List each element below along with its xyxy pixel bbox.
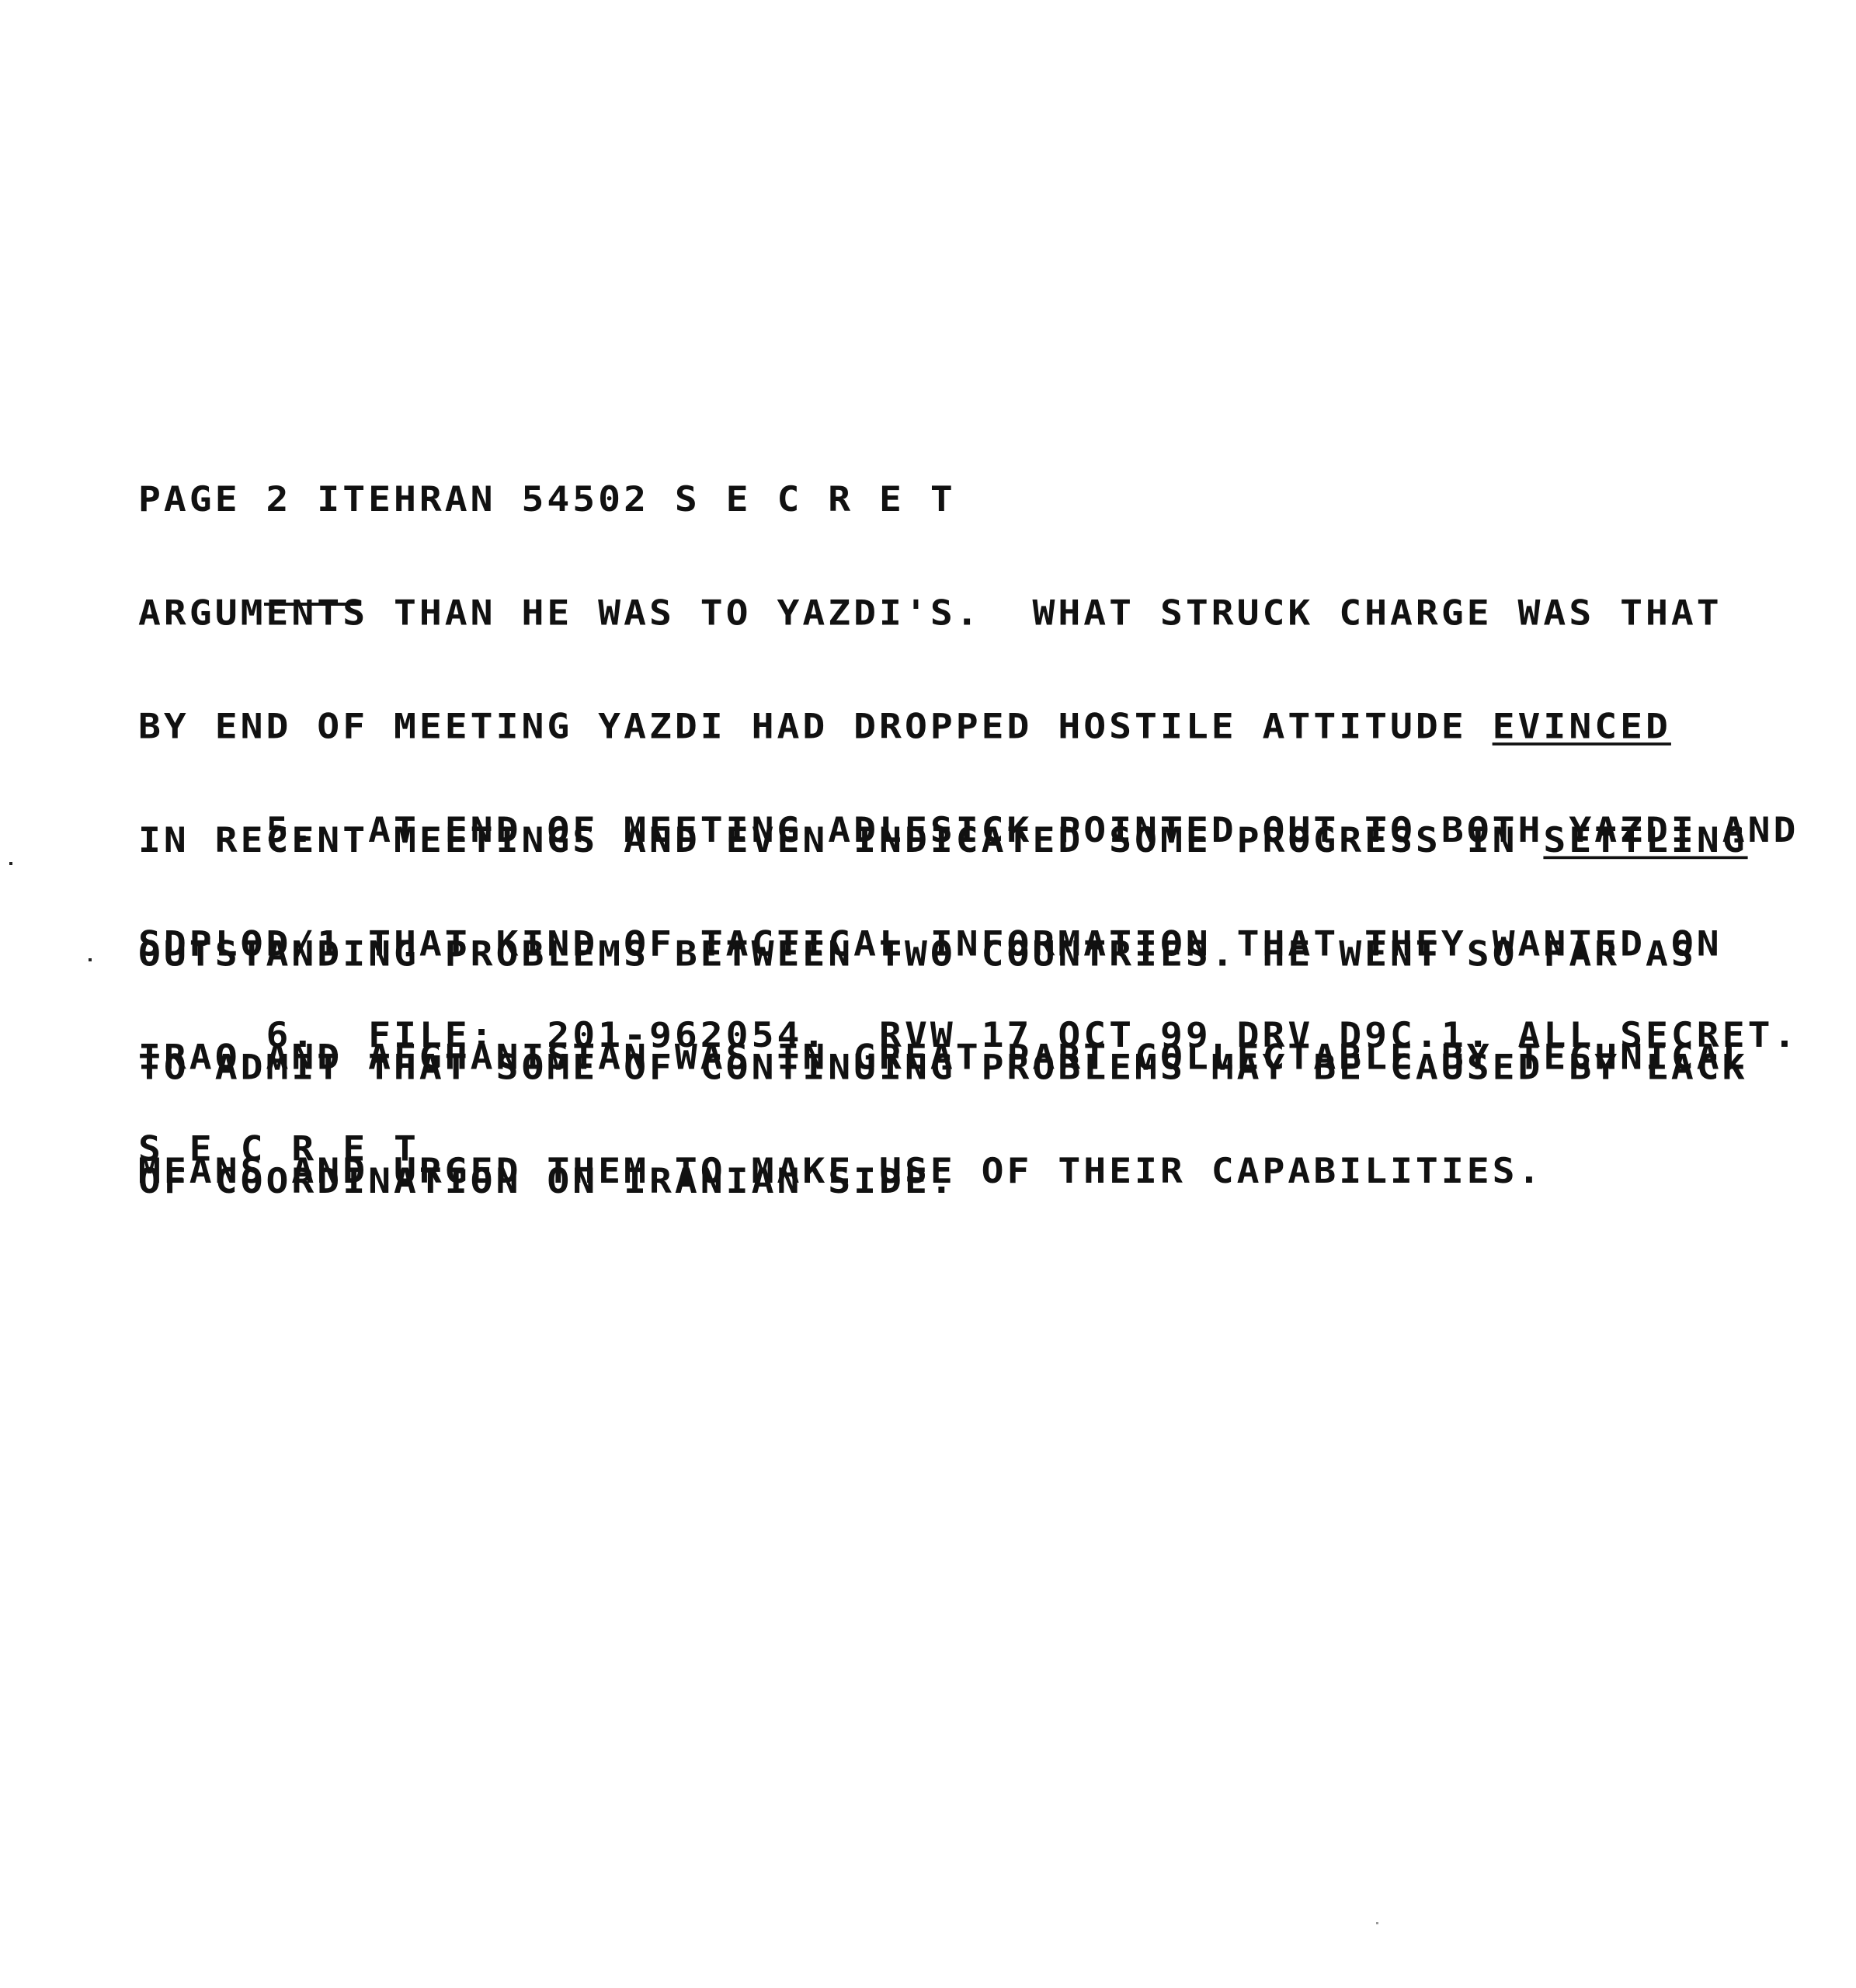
page-header-line: PAGE 2 ITEHRAN 54502 S E C R E T [138,481,1748,520]
stray-underline [264,603,361,606]
scan-speck [9,862,12,865]
para6-line: 6. FILE: 201-962054. RVW 17 OCT 99 DRV D… [138,1017,1799,1055]
classification-footer: S E C R E T [138,1131,1799,1169]
document-page: PAGE 2 ITEHRAN 54502 S E C R E T ARGUMEN… [0,0,1856,1988]
paragraph-6: 6. FILE: 201-962054. RVW 17 OCT 99 DRV D… [138,941,1799,1244]
para4-line-1: ARGUMENTS THAN HE WAS TO YAZDI'S. WHAT S… [138,595,1748,633]
scan-speck [89,958,92,961]
para5-line-1: 5. AT END OF MEETING ADLESICK POINTED OU… [138,812,1799,850]
scan-speck [1376,1922,1378,1924]
